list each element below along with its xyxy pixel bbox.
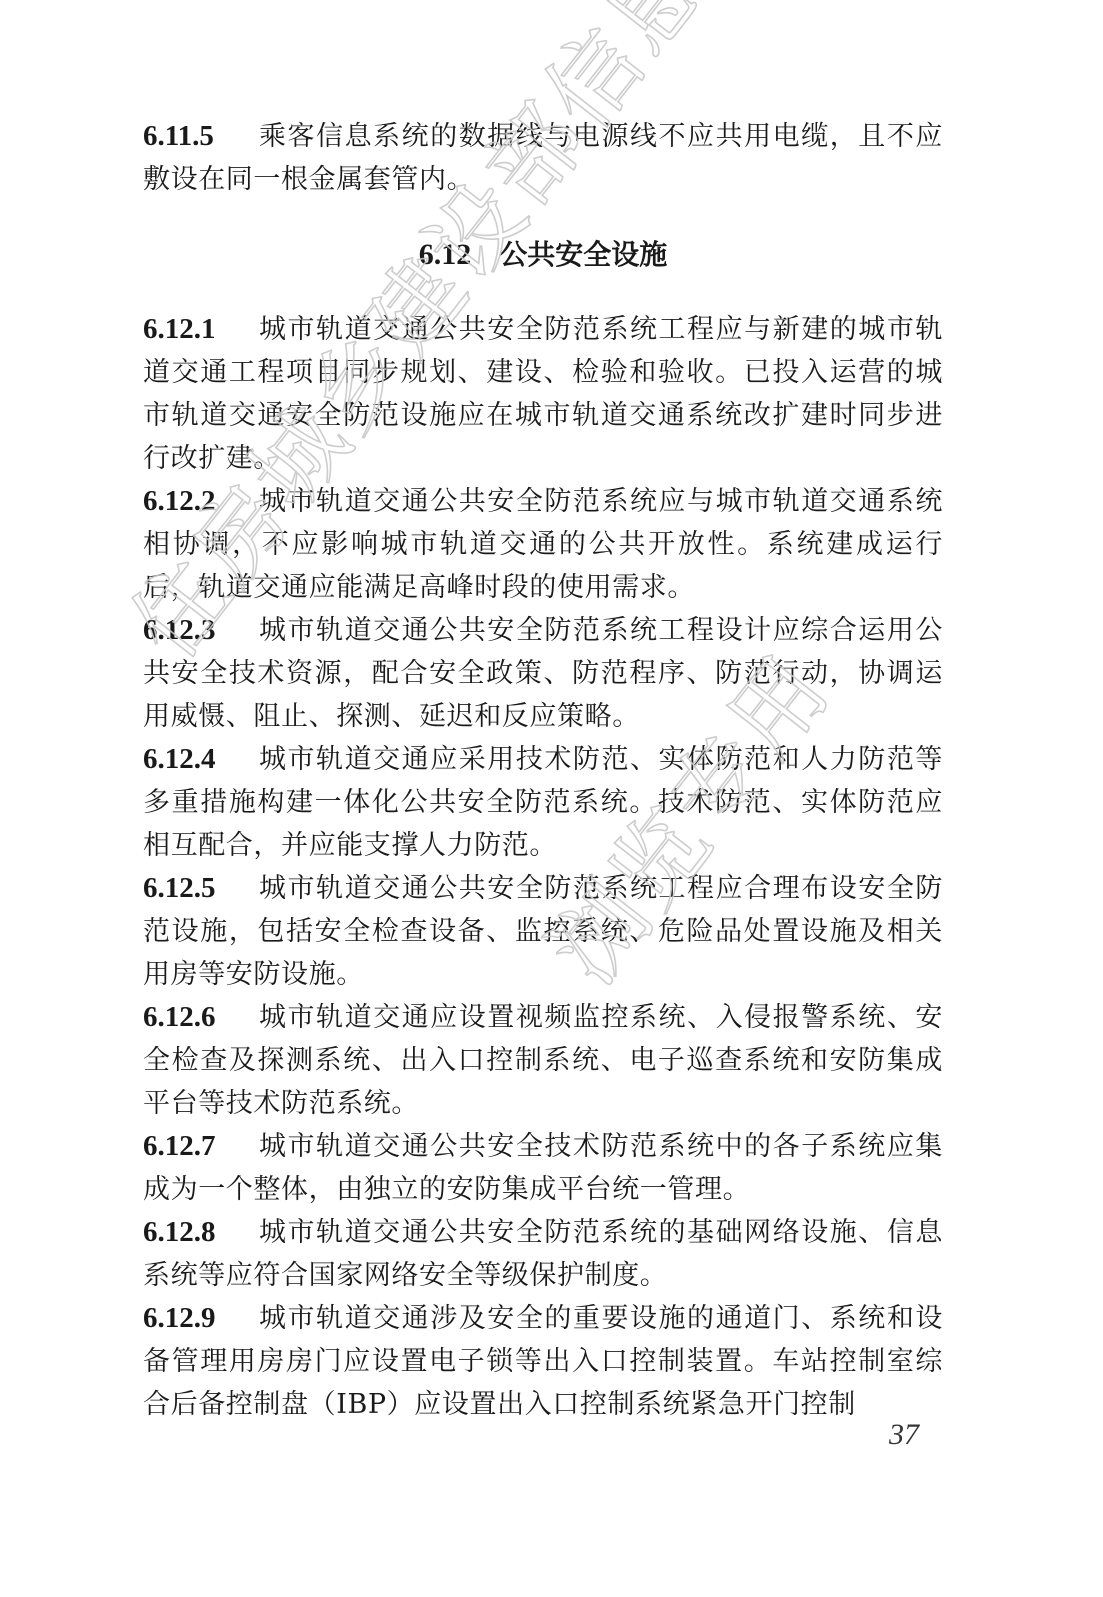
- clause-text: 城市轨道交通涉及安全的重要设施的通道门、系统和设备管理用房房门应设置电子锁等出入…: [143, 1303, 943, 1420]
- clause-text: 城市轨道交通公共安全防范系统的基础网络设施、信息系统等应符合国家网络安全等级保护…: [143, 1217, 943, 1291]
- clause-number: 6.12.7: [143, 1125, 258, 1168]
- clause-number: 6.12.9: [143, 1297, 258, 1340]
- clause-6-12-2: 6.12.2城市轨道交通公共安全防范系统应与城市轨道交通系统相协调，不应影响城市…: [143, 480, 943, 609]
- clause-number: 6.12.4: [143, 738, 258, 781]
- clause-text: 城市轨道交通应设置视频监控系统、入侵报警系统、安全检查及探测系统、出入口控制系统…: [143, 1002, 943, 1119]
- clause-number: 6.12.5: [143, 867, 258, 910]
- clause-text: 城市轨道交通公共安全技术防范系统中的各子系统应集成为一个整体，由独立的安防集成平…: [143, 1131, 943, 1205]
- clause-6-12-8: 6.12.8城市轨道交通公共安全防范系统的基础网络设施、信息系统等应符合国家网络…: [143, 1211, 943, 1297]
- clause-number: 6.11.5: [143, 115, 258, 158]
- clause-number: 6.12.3: [143, 609, 258, 652]
- clause-6-12-1: 6.12.1城市轨道交通公共安全防范系统工程应与新建的城市轨道交通工程项目同步规…: [143, 308, 943, 480]
- page-number: 37: [889, 1418, 919, 1452]
- clause-number: 6.12.2: [143, 480, 258, 523]
- clause-6-12-6: 6.12.6城市轨道交通应设置视频监控系统、入侵报警系统、安全检查及探测系统、出…: [143, 996, 943, 1125]
- section-title: 公共安全设施: [499, 238, 667, 271]
- page-content: 6.11.5乘客信息系统的数据线与电源线不应共用电缆，且不应敷设在同一根金属套管…: [143, 115, 943, 1426]
- clause-6-12-3: 6.12.3城市轨道交通公共安全防范系统工程设计应综合运用公共安全技术资源，配合…: [143, 609, 943, 738]
- clause-text: 城市轨道交通公共安全防范系统工程设计应综合运用公共安全技术资源，配合安全政策、防…: [143, 615, 943, 732]
- section-heading: 6.12公共安全设施: [143, 235, 943, 275]
- clause-6-12-5: 6.12.5城市轨道交通公共安全防范系统工程应合理布设安全防范设施，包括安全检查…: [143, 867, 943, 996]
- clause-text: 乘客信息系统的数据线与电源线不应共用电缆，且不应敷设在同一根金属套管内。: [143, 121, 943, 195]
- clause-text: 城市轨道交通公共安全防范系统应与城市轨道交通系统相协调，不应影响城市轨道交通的公…: [143, 486, 943, 603]
- clause-6-12-9: 6.12.9城市轨道交通涉及安全的重要设施的通道门、系统和设备管理用房房门应设置…: [143, 1297, 943, 1426]
- section-number: 6.12: [419, 238, 472, 271]
- clause-number: 6.12.1: [143, 308, 258, 351]
- document-page: 6.11.5乘客信息系统的数据线与电源线不应共用电缆，且不应敷设在同一根金属套管…: [0, 0, 1103, 1597]
- clause-6-11-5: 6.11.5乘客信息系统的数据线与电源线不应共用电缆，且不应敷设在同一根金属套管…: [143, 115, 943, 201]
- clause-number: 6.12.8: [143, 1211, 258, 1254]
- clause-text: 城市轨道交通公共安全防范系统工程应与新建的城市轨道交通工程项目同步规划、建设、检…: [143, 314, 943, 474]
- clause-text: 城市轨道交通公共安全防范系统工程应合理布设安全防范设施，包括安全检查设备、监控系…: [143, 873, 943, 990]
- clause-6-12-4: 6.12.4城市轨道交通应采用技术防范、实体防范和人力防范等多重措施构建一体化公…: [143, 738, 943, 867]
- clause-6-12-7: 6.12.7城市轨道交通公共安全技术防范系统中的各子系统应集成为一个整体，由独立…: [143, 1125, 943, 1211]
- clause-number: 6.12.6: [143, 996, 258, 1039]
- clause-text: 城市轨道交通应采用技术防范、实体防范和人力防范等多重措施构建一体化公共安全防范系…: [143, 744, 943, 861]
